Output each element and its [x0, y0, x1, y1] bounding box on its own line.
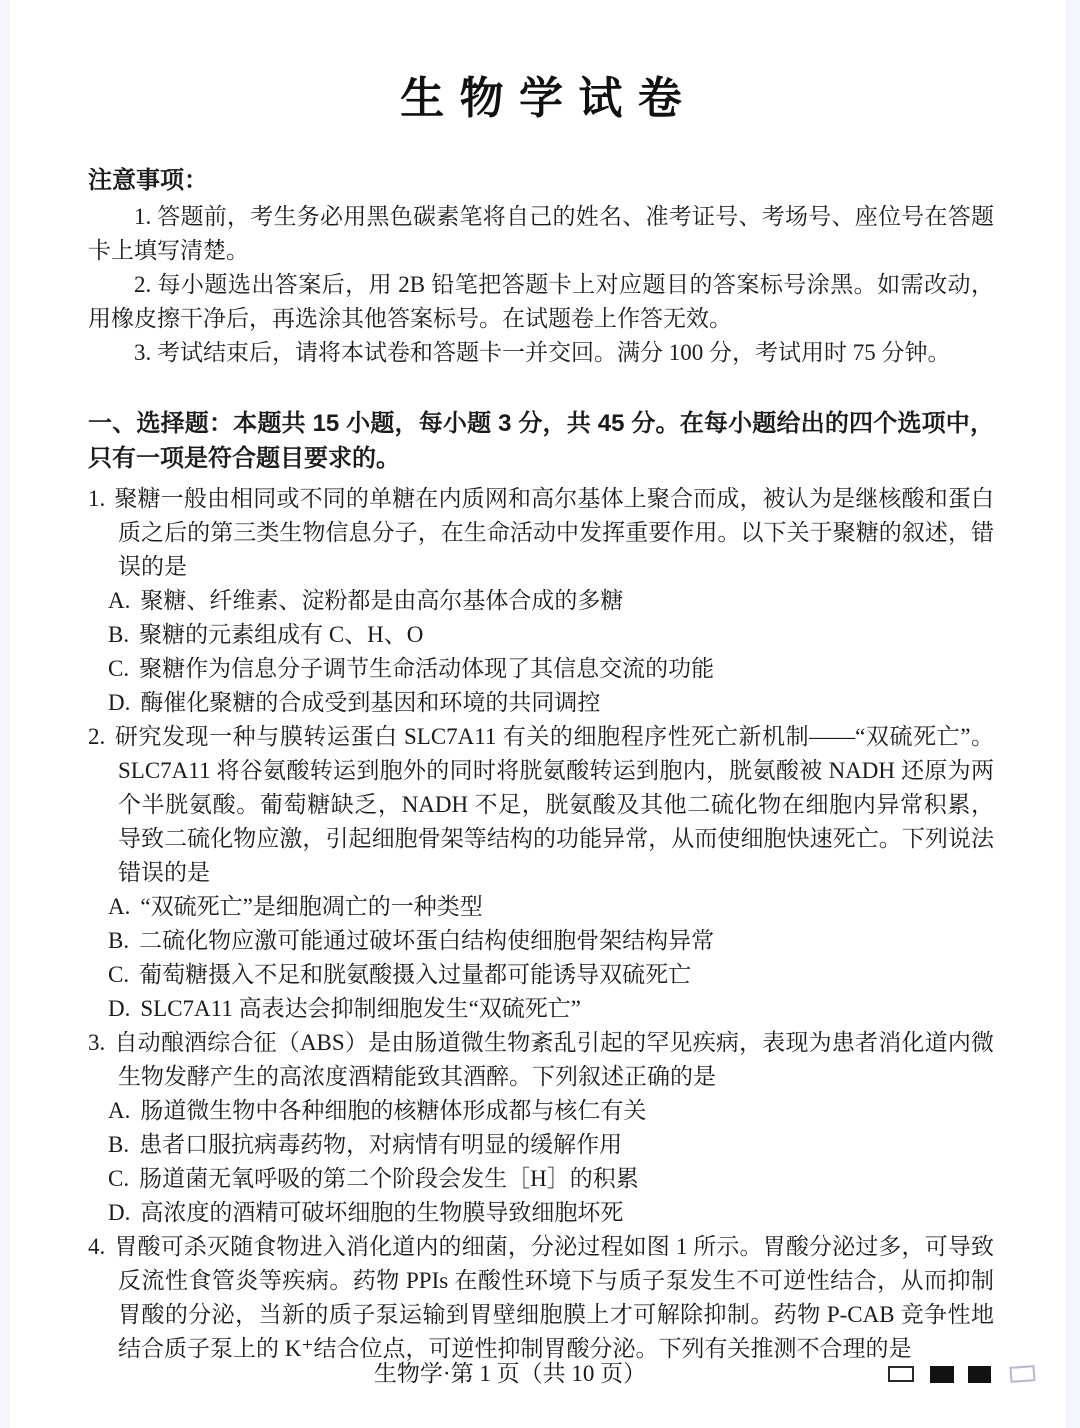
option-label: A. [108, 894, 130, 919]
question-stem-text: 聚糖一般由相同或不同的单糖在内质网和高尔基体上聚合而成，被认为是继核酸和蛋白质之… [114, 486, 994, 579]
registration-mark-purple-icon [1009, 1365, 1035, 1383]
question-stem: 3.自动酿酒综合征（ABS）是由肠道微生物紊乱引起的罕见疾病，表现为患者消化道内… [88, 1026, 994, 1094]
question-stem: 4.胃酸可杀灭随食物进入消化道内的细菌，分泌过程如图 1 所示。胃酸分泌过多，可… [88, 1230, 994, 1366]
notice-item: 2. 每小题选出答案后，用 2B 铅笔把答题卡上对应题目的答案标号涂黑。如需改动… [88, 268, 994, 336]
option-row: A.肠道微生物中各种细胞的核糖体形成都与核仁有关 [108, 1094, 994, 1128]
section-heading: 一、选择题：本题共 15 小题，每小题 3 分，共 45 分。在每小题给出的四个… [88, 406, 994, 476]
option-row: B.二硫化物应激可能通过破坏蛋白结构使细胞骨架结构异常 [108, 924, 994, 958]
option-text: 酶催化聚糖的合成受到基因和环境的共同调控 [140, 690, 600, 715]
option-label: C. [108, 1166, 129, 1191]
option-text: 患者口服抗病毒药物，对病情有明显的缓解作用 [139, 1132, 622, 1157]
exam-title: 生物学试卷 [88, 56, 994, 142]
option-text: 肠道菌无氧呼吸的第二个阶段会发生［H］的积累 [139, 1166, 639, 1191]
option-text: 聚糖作为信息分子调节生命活动体现了其信息交流的功能 [139, 656, 714, 681]
option-text: SLC7A11 高表达会抑制细胞发生“双硫死亡” [140, 996, 581, 1021]
question-number: 2. [88, 724, 105, 749]
option-text: “双硫死亡”是细胞凋亡的一种类型 [140, 894, 482, 919]
question-number: 4. [88, 1234, 105, 1259]
question-stem: 1.聚糖一般由相同或不同的单糖在内质网和高尔基体上聚合而成，被认为是继核酸和蛋白… [88, 482, 994, 584]
registration-mark-filled-icon [968, 1366, 991, 1383]
page-content: 生物学试卷 注意事项： 1. 答题前，考生务必用黑色碳素笔将自己的姓名、准考证号… [88, 56, 994, 1366]
question-stem-text: 胃酸可杀灭随食物进入消化道内的细菌，分泌过程如图 1 所示。胃酸分泌过多，可导致… [114, 1234, 994, 1361]
question-number: 3. [88, 1030, 105, 1055]
option-row: C.聚糖作为信息分子调节生命活动体现了其信息交流的功能 [108, 652, 994, 686]
page-footer-label: 生物学·第 1 页（共 10 页） [310, 1358, 710, 1390]
registration-mark-outline-icon [888, 1366, 914, 1382]
notice-heading: 注意事项： [88, 162, 994, 200]
option-label: B. [108, 622, 129, 647]
option-row: D.高浓度的酒精可破坏细胞的生物膜导致细胞坏死 [108, 1196, 994, 1230]
option-label: D. [108, 1200, 130, 1225]
option-row: A.聚糖、纤维素、淀粉都是由高尔基体合成的多糖 [108, 584, 994, 618]
option-row: C.葡萄糖摄入不足和胱氨酸摄入过量都可能诱导双硫死亡 [108, 958, 994, 992]
option-label: D. [108, 690, 130, 715]
option-text: 高浓度的酒精可破坏细胞的生物膜导致细胞坏死 [140, 1200, 623, 1225]
notice-item: 3. 考试结束后，请将本试卷和答题卡一并交回。满分 100 分，考试用时 75 … [88, 336, 994, 370]
option-text: 聚糖的元素组成有 C、H、O [139, 622, 423, 647]
question-stem: 2.研究发现一种与膜转运蛋白 SLC7A11 有关的细胞程序性死亡新机制——“双… [88, 720, 994, 890]
question-3: 3.自动酿酒综合征（ABS）是由肠道微生物紊乱引起的罕见疾病，表现为患者消化道内… [88, 1026, 994, 1230]
scan-edge-right [1066, 0, 1080, 1428]
option-row: D.SLC7A11 高表达会抑制细胞发生“双硫死亡” [108, 992, 994, 1026]
question-number: 1. [88, 486, 105, 511]
exam-paper-page: 生物学试卷 注意事项： 1. 答题前，考生务必用黑色碳素笔将自己的姓名、准考证号… [10, 0, 1066, 1428]
question-2: 2.研究发现一种与膜转运蛋白 SLC7A11 有关的细胞程序性死亡新机制——“双… [88, 720, 994, 1026]
option-label: A. [108, 1098, 130, 1123]
option-label: A. [108, 588, 130, 613]
option-row: C.肠道菌无氧呼吸的第二个阶段会发生［H］的积累 [108, 1162, 994, 1196]
question-1: 1.聚糖一般由相同或不同的单糖在内质网和高尔基体上聚合而成，被认为是继核酸和蛋白… [88, 482, 994, 720]
question-stem-text: 研究发现一种与膜转运蛋白 SLC7A11 有关的细胞程序性死亡新机制——“双硫死… [114, 724, 994, 885]
option-row: B.患者口服抗病毒药物，对病情有明显的缓解作用 [108, 1128, 994, 1162]
option-label: D. [108, 996, 130, 1021]
option-label: C. [108, 656, 129, 681]
option-row: B.聚糖的元素组成有 C、H、O [108, 618, 994, 652]
question-stem-text: 自动酿酒综合征（ABS）是由肠道微生物紊乱引起的罕见疾病，表现为患者消化道内微生… [114, 1030, 994, 1089]
option-row: D.酶催化聚糖的合成受到基因和环境的共同调控 [108, 686, 994, 720]
option-label: C. [108, 962, 129, 987]
print-registration-marks [878, 1362, 1066, 1392]
option-label: B. [108, 1132, 129, 1157]
question-list: 1.聚糖一般由相同或不同的单糖在内质网和高尔基体上聚合而成，被认为是继核酸和蛋白… [88, 482, 994, 1366]
option-text: 葡萄糖摄入不足和胱氨酸摄入过量都可能诱导双硫死亡 [139, 962, 691, 987]
option-text: 二硫化物应激可能通过破坏蛋白结构使细胞骨架结构异常 [139, 928, 714, 953]
question-4: 4.胃酸可杀灭随食物进入消化道内的细菌，分泌过程如图 1 所示。胃酸分泌过多，可… [88, 1230, 994, 1366]
scan-edge-left [0, 0, 10, 1428]
registration-mark-filled-icon [930, 1366, 954, 1383]
option-text: 肠道微生物中各种细胞的核糖体形成都与核仁有关 [140, 1098, 646, 1123]
option-label: B. [108, 928, 129, 953]
option-row: A.“双硫死亡”是细胞凋亡的一种类型 [108, 890, 994, 924]
notice-item: 1. 答题前，考生务必用黑色碳素笔将自己的姓名、准考证号、考场号、座位号在答题卡… [88, 200, 994, 268]
option-text: 聚糖、纤维素、淀粉都是由高尔基体合成的多糖 [140, 588, 623, 613]
